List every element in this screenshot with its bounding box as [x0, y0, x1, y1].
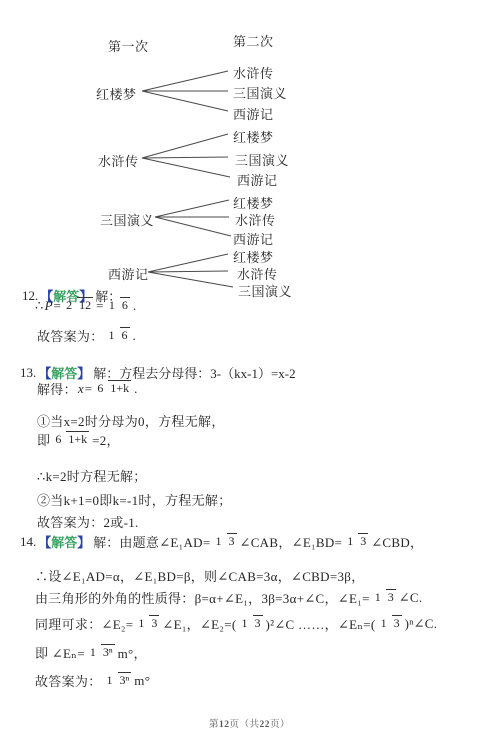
solution-text: m°，: [118, 643, 147, 662]
answer-tag-bracket: 【: [38, 532, 51, 551]
fraction: 1 3: [214, 535, 237, 549]
solution-text: ∴k=2时方程无解；: [37, 466, 147, 485]
tree-parent-label: 三国演义: [100, 210, 154, 229]
fraction: 1 3ⁿ: [105, 674, 132, 688]
tree-child-label: 水浒传: [233, 63, 274, 82]
answer-text: 故答案为：: [37, 326, 104, 345]
solution-text: ∠C.: [399, 590, 423, 606]
fraction: 1 6: [107, 329, 130, 343]
tree-parent-label: 红楼梦: [96, 84, 137, 103]
page-footer: 第12页（共22页）: [0, 716, 499, 730]
tree-child-label: 水浒传: [235, 210, 276, 229]
fraction: 1 3: [379, 617, 402, 631]
exterior-angle-line: 由三角形的外角的性质得：β=α+∠E₁，3β=3α+∠C，∠E₁= 1 3 ∠C…: [35, 588, 422, 607]
fraction: 1 3: [373, 591, 396, 605]
punctuation: .: [133, 328, 137, 344]
case-2-line: ②当k+1=0即k=-1时，方程无解；: [37, 490, 232, 509]
tree-child-label: 西游记: [233, 104, 274, 123]
solution-text: 即: [37, 430, 50, 449]
tree-child-label: 红楼梦: [233, 127, 274, 146]
tree-child-label: 三国演义: [233, 83, 287, 102]
solution-text: 由三角形的外角的性质得：β=α+∠E₁，3β=3α+∠C，∠E₁=: [35, 588, 370, 607]
variable-x: x: [77, 381, 85, 397]
conclusion-k2-line: ∴k=2时方程无解；: [37, 466, 147, 485]
answer-text: 故答案为：2或-1.: [37, 512, 139, 531]
fraction: 1 3ⁿ: [88, 646, 115, 660]
problem-number: 13.: [20, 365, 36, 381]
document-page: 第一次 第二次 红楼梦 水浒传 三国演义 西游记 水浒传 红楼梦 三国演义 西游…: [0, 0, 499, 748]
solution-text: )²∠C ……，∠Eₙ=(: [266, 614, 376, 633]
solution-text: 同理可求：∠E₂=: [35, 614, 133, 633]
fraction: 1 3: [136, 617, 159, 631]
variable-p: P: [44, 298, 54, 314]
solution-text: )ⁿ∠C.: [405, 616, 438, 632]
fraction: 2 12: [64, 299, 93, 313]
solution-text: ∠CAB，∠E₁BD=: [240, 532, 343, 551]
answer-line-13: 故答案为：2或-1.: [37, 512, 139, 531]
answer-tag-bracket: 】: [77, 532, 90, 551]
problem-number: 14.: [20, 534, 36, 550]
solution-text: ∴设∠E₁AD=α，∠E₁BD=β，则∠CAB=3α，∠CBD=3β，: [35, 566, 365, 585]
punctuation: =2，: [92, 430, 120, 449]
formula-line-p: ∴ P = 2 12 = 1 6 .: [35, 298, 136, 314]
footer-text: 页（共: [229, 720, 259, 730]
solution-text: ∠E₁，∠E₂=(: [162, 614, 236, 633]
answer-tag-label: 解答: [51, 532, 77, 551]
result-line: 即 ∠Eₙ= 1 3ⁿ m°，: [35, 643, 147, 662]
tree-parent-label: 西游记: [108, 264, 149, 283]
tree-child-label: 三国演义: [238, 281, 292, 300]
therefore-symbol: ∴: [35, 298, 44, 314]
equals-sign: =: [96, 298, 104, 314]
equals-sign: =: [54, 298, 62, 314]
tree-child-label: 三国演义: [235, 150, 289, 169]
equals-sign: =: [85, 381, 93, 397]
punctuation: .: [134, 381, 138, 397]
problem-14-header: 14. 【 解答 】 解： 由题意∠E₁AD= 1 3 ∠CAB，∠E₁BD= …: [20, 532, 423, 551]
page-number: 12: [219, 720, 230, 730]
solution-text: ①当x=2时分母为0，方程无解，: [37, 411, 225, 430]
tree-col2-header: 第二次: [233, 31, 274, 50]
solution-text: 即 ∠Eₙ=: [35, 643, 85, 662]
answer-line-12: 故答案为： 1 6 .: [37, 326, 136, 345]
fraction: 1 3: [345, 535, 368, 549]
tree-col1-header: 第一次: [108, 36, 149, 55]
solution-prefix: 解：: [93, 532, 119, 551]
fraction: 1 6: [107, 299, 130, 313]
formula-line-eq: 即 6 1+k =2，: [37, 430, 120, 449]
solution-text: 由题意∠E₁AD=: [119, 532, 210, 551]
solution-text: ∠CBD，: [371, 532, 423, 551]
fraction: 1 3: [240, 617, 263, 631]
footer-text: 页）: [270, 720, 290, 730]
footer-text: 第: [209, 720, 219, 730]
tree-child-label: 西游记: [237, 170, 278, 189]
tree-parent-label: 水浒传: [98, 151, 139, 170]
answer-line-14: 故答案为： 1 3ⁿ m°: [35, 671, 150, 690]
solution-text: 解得：: [37, 379, 77, 398]
punctuation: .: [133, 298, 137, 314]
fraction: 6 1+k: [95, 382, 131, 396]
fraction: 6 1+k: [53, 433, 89, 447]
setup-line: ∴设∠E₁AD=α，∠E₁BD=β，则∠CAB=3α，∠CBD=3β，: [35, 566, 365, 585]
solution-text: ②当k+1=0即k=-1时，方程无解；: [37, 490, 232, 509]
case-1-line: ①当x=2时分母为0，方程无解，: [37, 411, 225, 430]
induction-line: 同理可求：∠E₂= 1 3 ∠E₁，∠E₂=( 1 3 )²∠C ……，∠Eₙ=…: [35, 614, 437, 633]
formula-line-x: 解得： x = 6 1+k .: [37, 379, 138, 398]
solution-text: m°: [134, 673, 150, 689]
answer-text: 故答案为：: [35, 671, 102, 690]
tree-child-label: 西游记: [233, 229, 274, 248]
total-pages: 22: [260, 720, 271, 730]
